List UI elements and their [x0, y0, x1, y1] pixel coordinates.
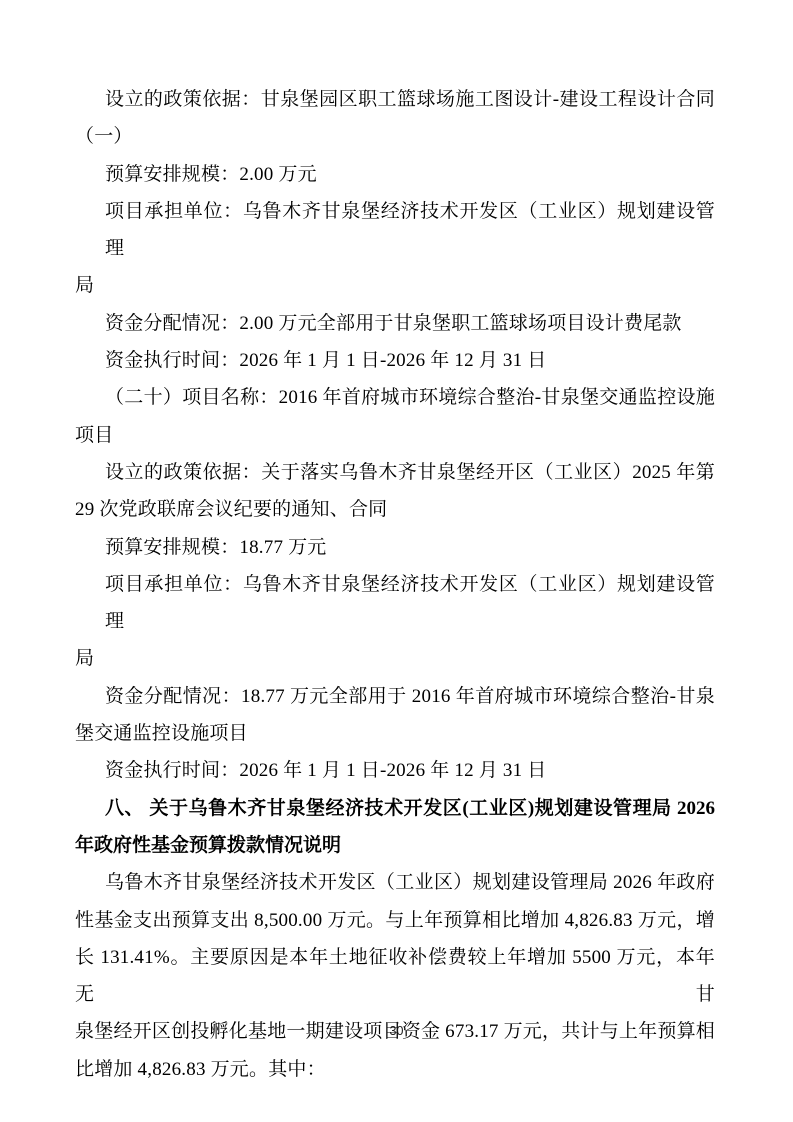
page-footer: 30 — [0, 1022, 793, 1040]
text-line: 长 131.41%。主要原因是本年土地征收补偿费较上年增加 5500 万元，本年… — [75, 939, 715, 1014]
text-line: 资金执行时间：2026 年 1 月 1 日-2026 年 12 月 31 日 — [75, 342, 715, 379]
text-line: （二十）项目名称：2016 年首府城市环境综合整治-甘泉堡交通监控设施 — [75, 379, 715, 416]
text-line: 资金执行时间：2026 年 1 月 1 日-2026 年 12 月 31 日 — [75, 752, 715, 789]
text-line: 堡交通监控设施项目 — [75, 715, 715, 752]
text-line: 项目承担单位：乌鲁木齐甘泉堡经济技术开发区（工业区）规划建设管理 — [75, 566, 715, 641]
text-line: 预算安排规模：2.00 万元 — [75, 156, 715, 193]
document-page: 设立的政策依据：甘泉堡园区职工篮球场施工图设计-建设工程设计合同 （一） 预算安… — [0, 0, 793, 1122]
text-line: 预算安排规模：18.77 万元 — [75, 529, 715, 566]
text-line: 比增加 4,826.83 万元。其中： — [75, 1051, 715, 1088]
text-line: 设立的政策依据：关于落实乌鲁木齐甘泉堡经开区（工业区）2025 年第 — [75, 454, 715, 491]
section-heading-line: 年政府性基金预算拨款情况说明 — [75, 827, 715, 864]
text-line: 局 — [75, 640, 715, 677]
text-line: 乌鲁木齐甘泉堡经济技术开发区（工业区）规划建设管理局 2026 年政府 — [75, 864, 715, 901]
text-line: （一） — [75, 118, 715, 155]
text-line: 项目 — [75, 417, 715, 454]
text-line: 局 — [75, 267, 715, 304]
page-number: 30 — [390, 1024, 404, 1038]
section-heading-line: 八、 关于乌鲁木齐甘泉堡经济技术开发区(工业区)规划建设管理局 2026 — [75, 790, 715, 827]
document-body: 设立的政策依据：甘泉堡园区职工篮球场施工图设计-建设工程设计合同 （一） 预算安… — [75, 81, 715, 1088]
text-line: 29 次党政联席会议纪要的通知、合同 — [75, 491, 715, 528]
text-line: 性基金支出预算支出 8,500.00 万元。与上年预算相比增加 4,826.83… — [75, 902, 715, 939]
text-line: 设立的政策依据：甘泉堡园区职工篮球场施工图设计-建设工程设计合同 — [75, 81, 715, 118]
text-line: 资金分配情况：18.77 万元全部用于 2016 年首府城市环境综合整治-甘泉 — [75, 678, 715, 715]
text-line: 资金分配情况：2.00 万元全部用于甘泉堡职工篮球场项目设计费尾款 — [75, 305, 715, 342]
text-line: 项目承担单位：乌鲁木齐甘泉堡经济技术开发区（工业区）规划建设管理 — [75, 193, 715, 268]
